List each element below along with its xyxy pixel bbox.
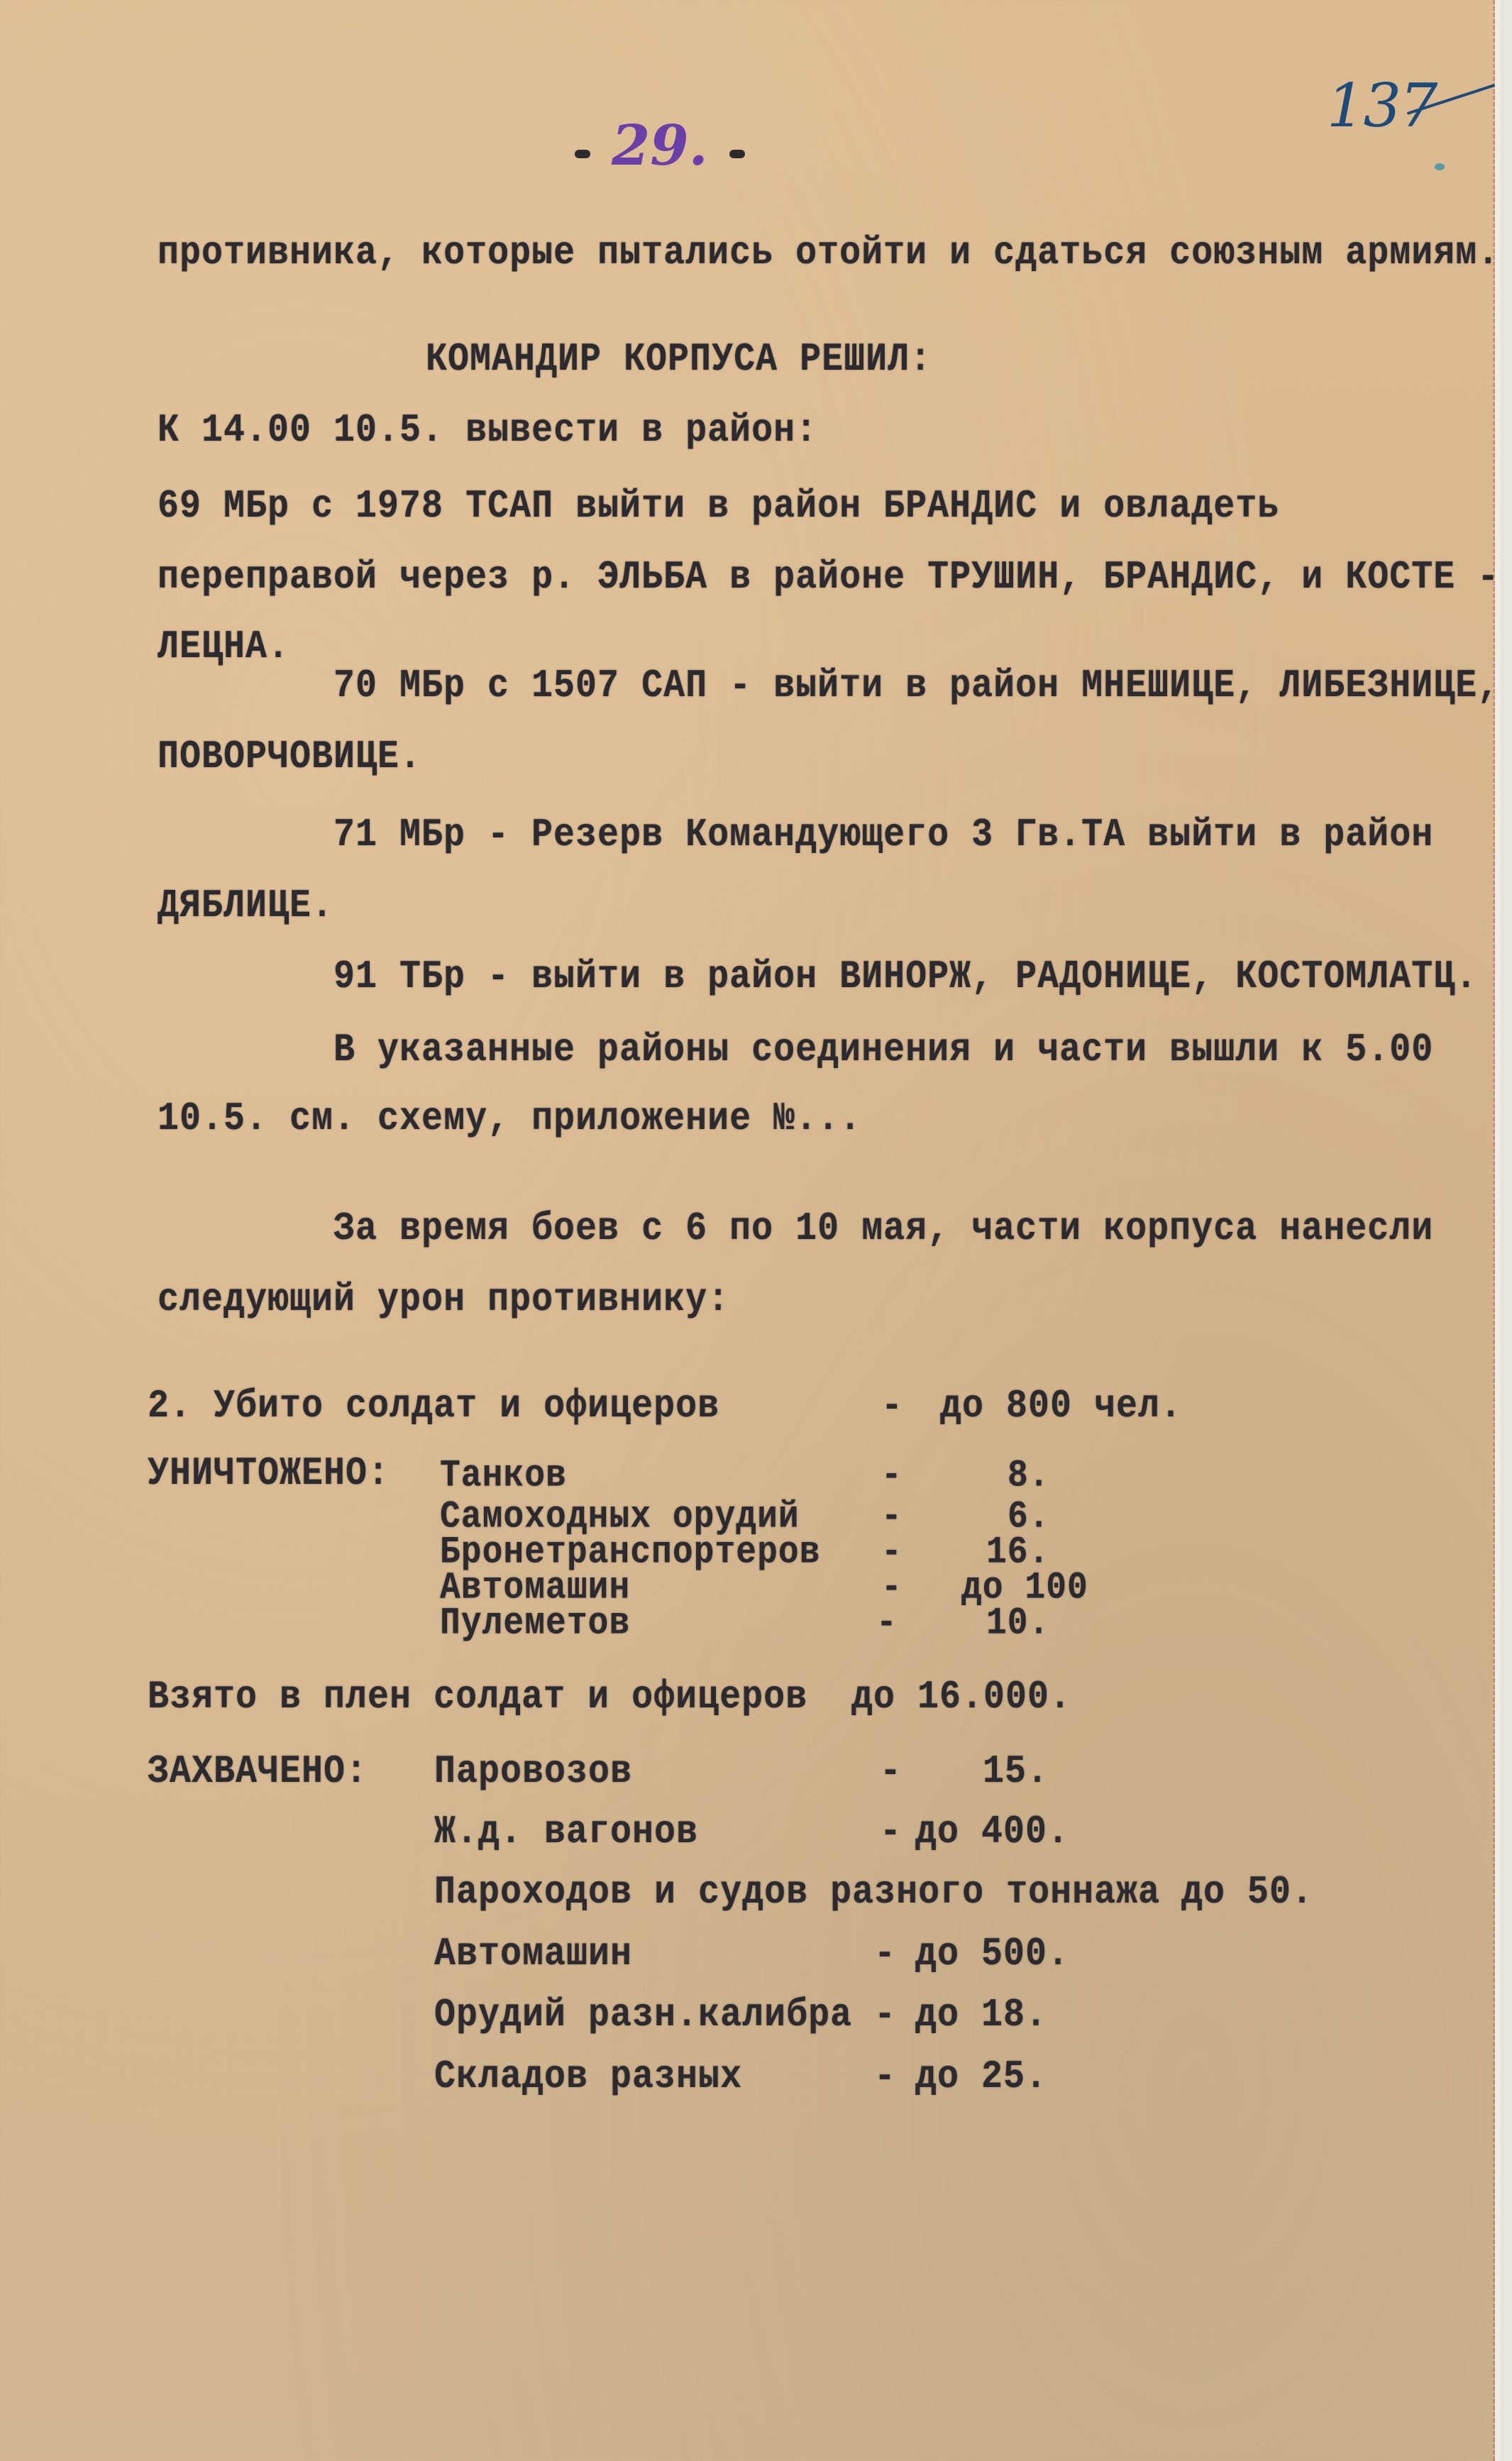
body-line: ДЯБЛИЦЕ.: [158, 883, 333, 929]
body-line: В указанные районы соединения и части вы…: [333, 1028, 1433, 1073]
body-line: переправой через р. ЭЛЬБА в районе ТРУШИ…: [158, 555, 1499, 600]
body-line: 69 МБр с 1978 ТСАП выйти в район БРАНДИС…: [158, 484, 1279, 529]
captured-item-dash: -: [874, 1932, 896, 1977]
captured-item-name: Пароходов и судов разного тоннажа: [434, 1870, 1160, 1915]
destroyed-label: УНИЧТОЖЕНО:: [148, 1451, 390, 1497]
body-line: За время боев с 6 по 10 мая, части корпу…: [333, 1206, 1433, 1252]
captured-item-dash: -: [880, 1810, 902, 1855]
dash-mark: [575, 150, 590, 158]
captured-item-value: до 50.: [1181, 1870, 1313, 1915]
captured-item-value: 15.: [983, 1749, 1049, 1795]
captured-item-dash: -: [874, 1993, 896, 2038]
destroyed-item-name: Танков: [440, 1455, 567, 1497]
captured-item-value: до 500.: [915, 1932, 1069, 1977]
prisoners-value: до 16.000.: [851, 1675, 1071, 1720]
body-line: 91 ТБр - выйти в район ВИНОРЖ, РАДОНИЦЕ,…: [333, 954, 1477, 1000]
ink-blot: [1435, 163, 1445, 170]
body-line: ЛЕЦНА.: [158, 624, 289, 670]
dash-mark: [729, 150, 745, 158]
destroyed-item-value: 10.: [986, 1602, 1049, 1645]
destroyed-item-value: 8.: [1008, 1455, 1050, 1497]
destroyed-item-dash: -: [881, 1455, 903, 1497]
captured-label: ЗАХВАЧЕНО:: [148, 1749, 368, 1795]
captured-item-name: Ж.д. вагонов: [434, 1810, 698, 1855]
captured-item-value: до 25.: [915, 2054, 1047, 2100]
killed-label: 2. Убито солдат и офицеров: [148, 1384, 719, 1429]
captured-item-dash: -: [874, 2054, 896, 2100]
page-number-value: 29.: [612, 114, 708, 178]
killed-dash: -: [881, 1384, 903, 1429]
destroyed-item-name: Пулеметов: [440, 1602, 630, 1645]
captured-item-dash: -: [880, 1749, 902, 1795]
captured-item-value: до 18.: [915, 1993, 1047, 2038]
captured-item-name: Складов разных: [434, 2054, 742, 2100]
body-line: К 14.00 10.5. вывести в район:: [158, 408, 817, 453]
captured-item-name: Орудий разн.калибра: [434, 1993, 852, 2038]
archive-folio-number: 137: [1327, 71, 1436, 141]
killed-value: до 800 чел.: [940, 1384, 1182, 1429]
captured-item-name: Паровозов: [434, 1749, 632, 1795]
body-line: 70 МБр с 1507 САП - выйти в район МНЕШИЦ…: [333, 664, 1499, 709]
captured-item-name: Автомашин: [434, 1932, 632, 1977]
body-line: следующий урон противнику:: [158, 1277, 729, 1323]
body-line: противника, которые пытались отойти и сд…: [158, 231, 1499, 276]
captured-item-value: до 400.: [915, 1810, 1069, 1855]
body-line: ПОВОРЧОВИЦЕ.: [158, 734, 421, 780]
destroyed-item-dash: -: [876, 1602, 898, 1645]
section-heading: КОМАНДИР КОРПУСА РЕШИЛ:: [426, 337, 932, 382]
body-line: 71 МБр - Резерв Командующего 3 Гв.ТА вый…: [333, 813, 1433, 858]
prisoners-label: Взято в плен солдат и офицеров: [148, 1675, 807, 1720]
document-page: 29. 137 противника, которые пытались ото…: [0, 0, 1495, 2461]
page-number: 29.: [553, 114, 766, 178]
body-line: 10.5. см. схему, приложение №...: [158, 1096, 861, 1142]
